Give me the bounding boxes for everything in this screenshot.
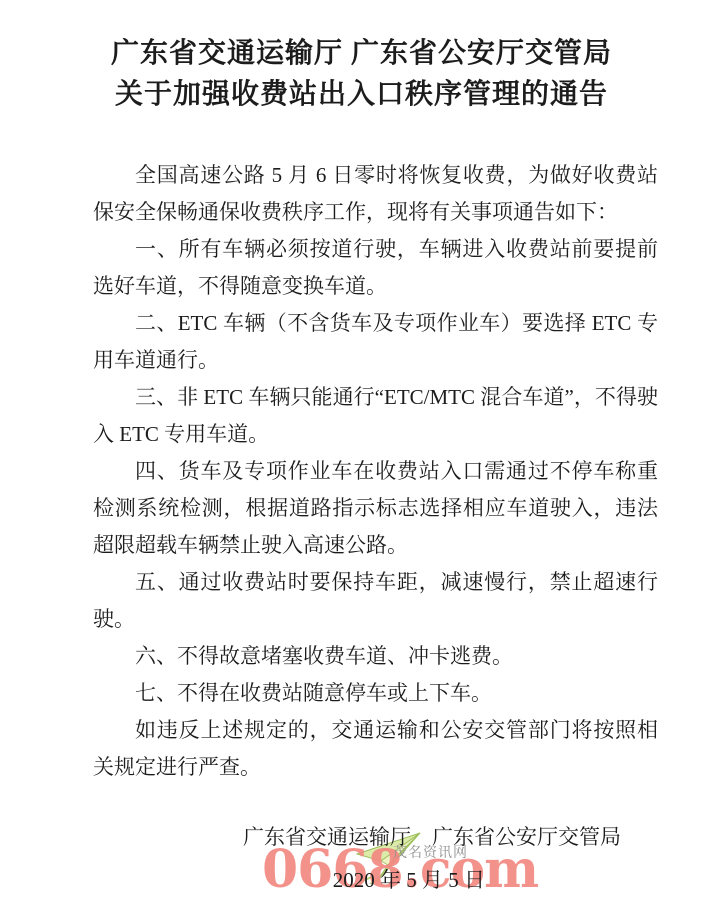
notice-document-page: 0668.com 茂名资讯网 广东省交通运输厅 广东省公安厅交管局 关于加强收费… [0,0,723,902]
paragraph-item-2: 二、ETC 车辆（不含货车及专项作业车）要选择 ETC 专用车道通行。 [93,305,658,379]
date: 2020 年 5 月 5 日 [0,859,723,902]
document-content: 广东省交通运输厅 广东省公安厅交管局 关于加强收费站出入口秩序管理的通告 全国高… [0,0,723,902]
title-line-1: 广东省交通运输厅 广东省公安厅交管局 [0,33,723,74]
paragraph-item-1: 一、所有车辆必须按道行驶，车辆进入收费站前要提前选好车道，不得随意变换车道。 [93,231,658,305]
paragraph-item-3: 三、非 ETC 车辆只能通行“ETC/MTC 混合车道”，不得驶入 ETC 专用… [93,379,658,453]
paragraph-item-7: 七、不得在收费站随意停车或上下车。 [93,675,658,712]
notice-body: 全国高速公路 5 月 6 日零时将恢复收费，为做好收费站保安全保畅通保收费秩序工… [93,157,658,786]
paragraph-item-4: 四、货车及专项作业车在收费站入口需通过不停车称重检测系统检测，根据道路指示标志选… [93,453,658,564]
page-title: 广东省交通运输厅 广东省公安厅交管局 关于加强收费站出入口秩序管理的通告 [0,0,723,115]
paragraph-closing: 如违反上述规定的，交通运输和公安交管部门将按照相关规定进行严查。 [93,712,658,786]
paragraph-item-5: 五、通过收费站时要保持车距，减速慢行，禁止超速行驶。 [93,564,658,638]
paragraph-intro: 全国高速公路 5 月 6 日零时将恢复收费，为做好收费站保安全保畅通保收费秩序工… [93,157,658,231]
closing-block: 广东省交通运输厅 广东省公安厅交管局 2020 年 5 月 5 日 [0,816,723,902]
signature: 广东省交通运输厅 广东省公安厅交管局 [0,816,723,859]
title-line-2: 关于加强收费站出入口秩序管理的通告 [0,74,723,115]
paragraph-item-6: 六、不得故意堵塞收费车道、冲卡逃费。 [93,638,658,675]
